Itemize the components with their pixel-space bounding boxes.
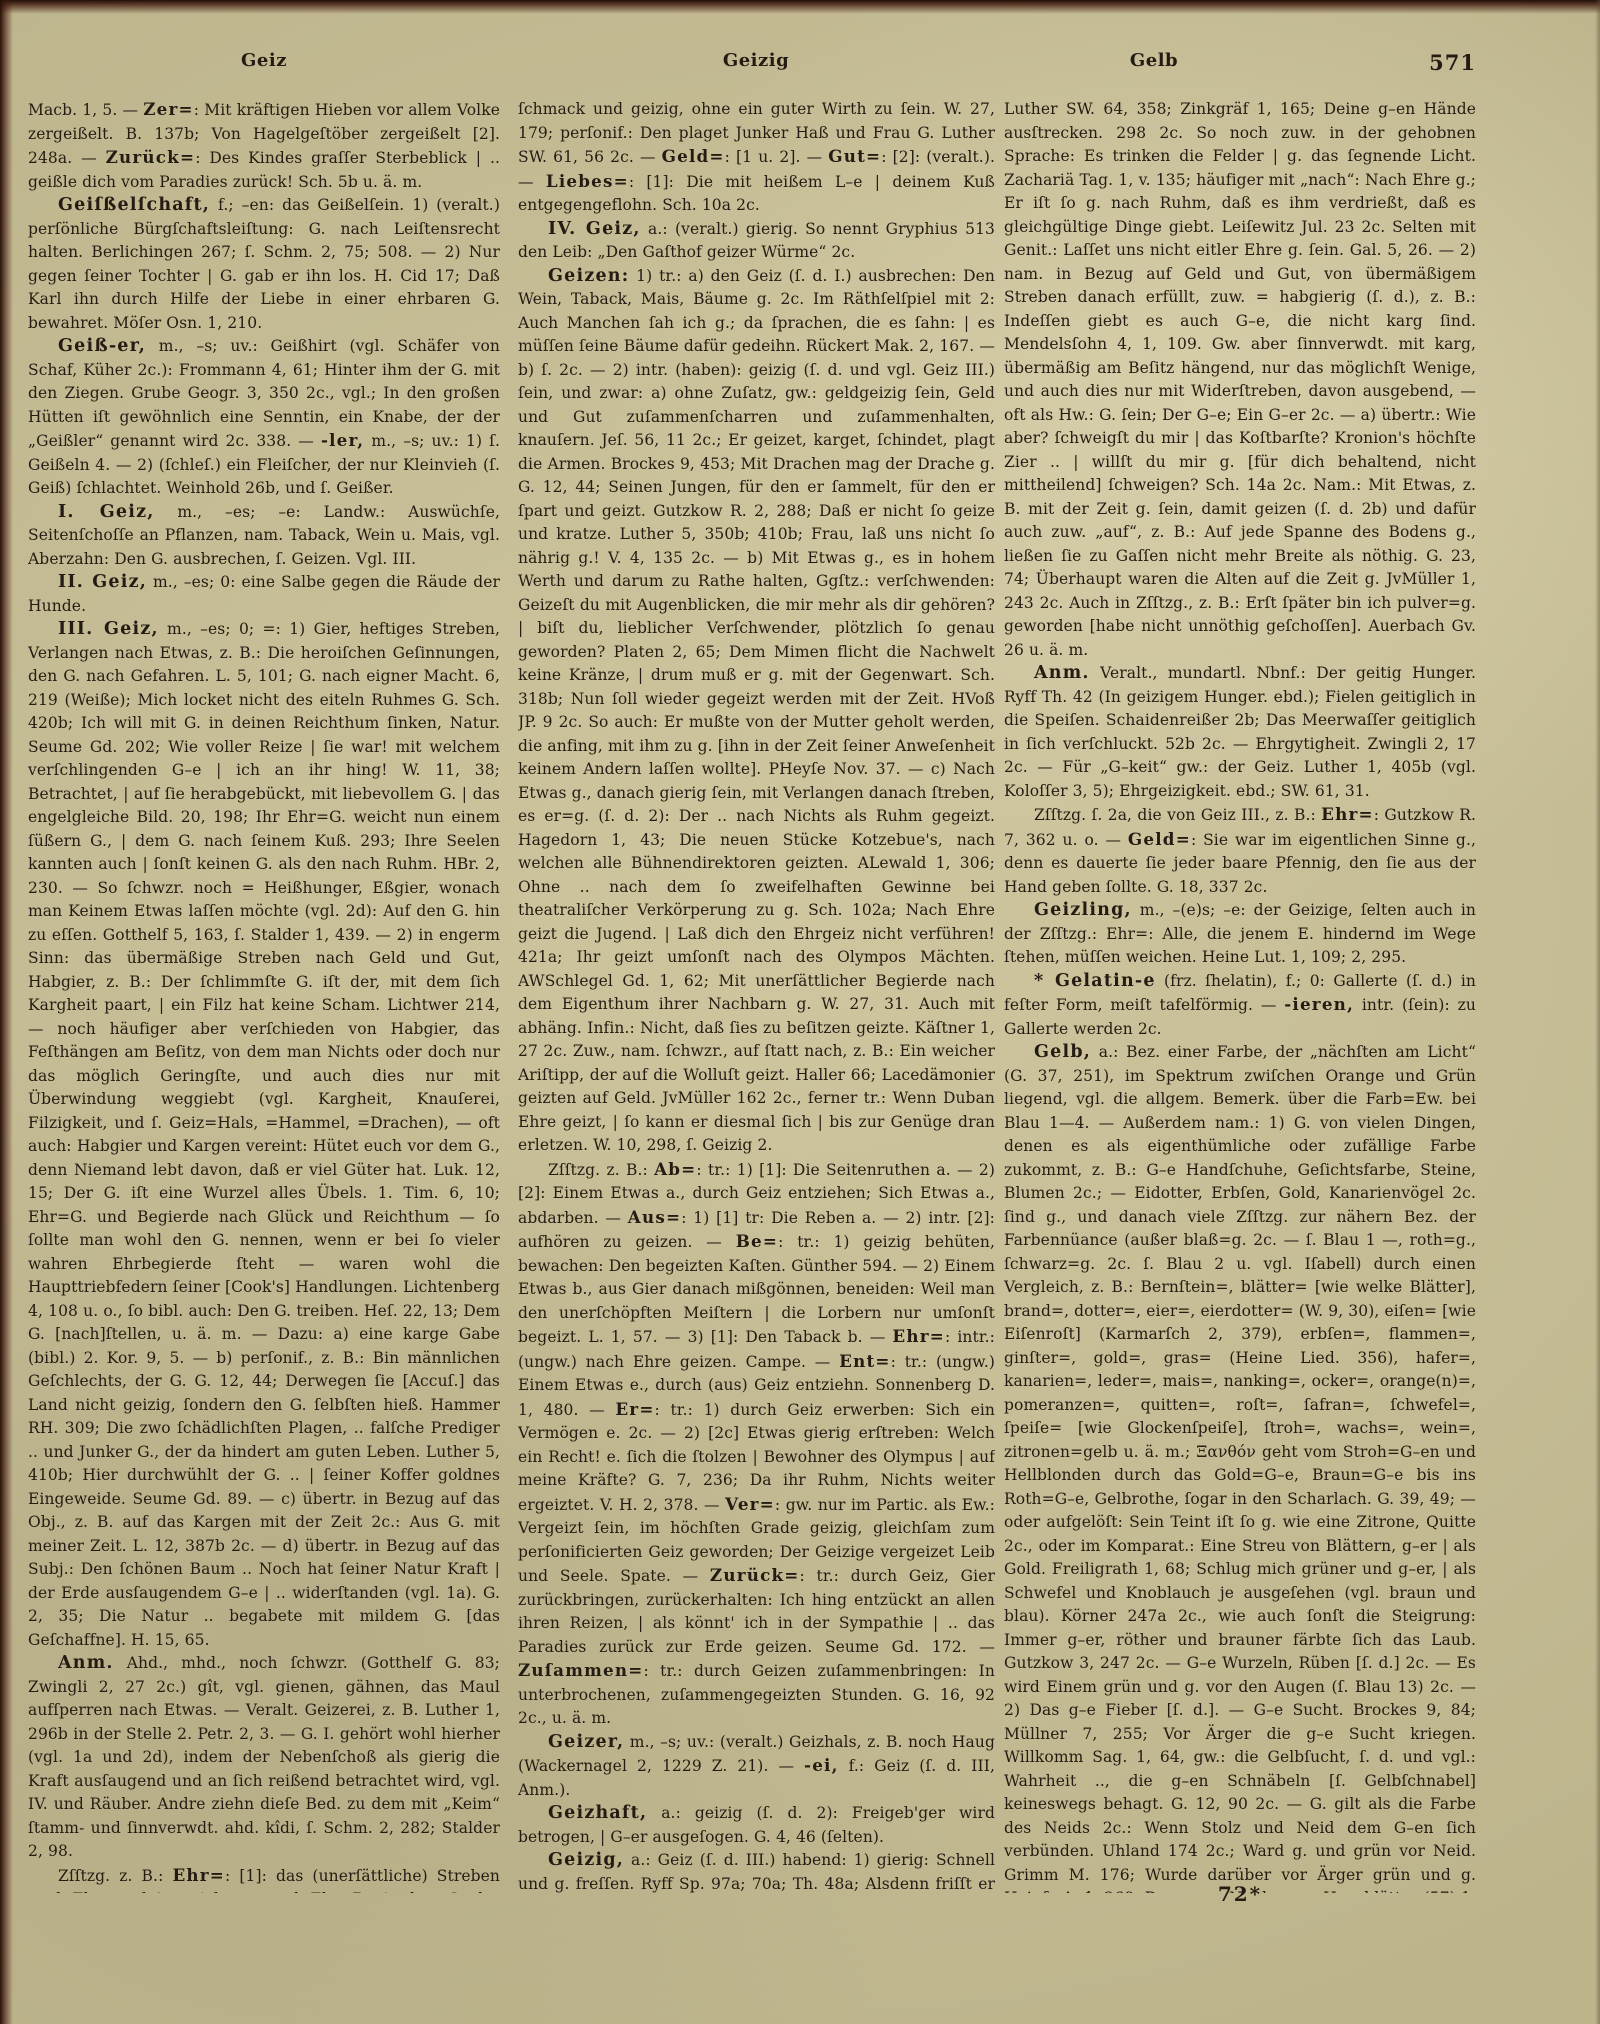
running-head-center: Geizig bbox=[518, 50, 994, 80]
entry-headword: Geld= bbox=[1128, 829, 1191, 849]
dictionary-paragraph: ſchmack und geizig, ohne ein guter Wirth… bbox=[518, 98, 995, 218]
scan-edge-right bbox=[1595, 0, 1600, 2024]
entry-headword: Ent= bbox=[839, 1351, 890, 1371]
dictionary-paragraph: IV. Geiz, a.: (veralt.) gierig. So nennt… bbox=[518, 218, 995, 265]
dictionary-paragraph: II. Geiz, m., –es; 0: eine Salbe gegen d… bbox=[28, 571, 500, 618]
running-head-right: Gelb bbox=[1004, 50, 1304, 80]
entry-headword: Aus= bbox=[628, 1207, 681, 1227]
dictionary-paragraph: * Gelatin-e (frz. ſhelatin), f.; 0: Gall… bbox=[1004, 970, 1476, 1042]
signature-mark: 72* bbox=[1004, 1882, 1476, 1906]
entry-headword: Anm. bbox=[58, 1653, 114, 1673]
entry-headword: Zurück= bbox=[106, 147, 196, 167]
entry-headword: II. Geiz, bbox=[58, 572, 147, 592]
entry-headword: Geiß-er, bbox=[58, 336, 146, 356]
page-number: 571 bbox=[1350, 50, 1476, 80]
entry-headword: Zurück= bbox=[710, 1565, 800, 1585]
entry-headword: Anm. bbox=[1034, 663, 1090, 683]
entry-headword: Liebes= bbox=[546, 171, 629, 191]
entry-headword: Geizig, bbox=[548, 1850, 624, 1870]
entry-headword: I. Geiz, bbox=[58, 502, 155, 522]
dictionary-paragraph: I. Geiz, m., –es; –e: Landw.: Auswüchſe,… bbox=[28, 501, 500, 572]
dictionary-paragraph: Zſſtzg. ſ. 2a, die von Geiz III., z. B.:… bbox=[1004, 803, 1476, 899]
text-column-left: Macb. 1, 5. — Zer=: Mit kräftigen Hieben… bbox=[28, 98, 500, 1893]
dictionary-paragraph: Geizhaft, a.: geizig (ſ. d. 2): Freigeb'… bbox=[518, 1802, 995, 1849]
entry-headword: Be= bbox=[736, 1231, 778, 1251]
entry-headword: -ei, bbox=[804, 1755, 839, 1775]
dictionary-paragraph: Gelb, a.: Bez. einer Farbe, der „nächſte… bbox=[1004, 1041, 1476, 1893]
dictionary-paragraph: Zſſtzg. z. B.: Ehr=: [1]: das (unerſättl… bbox=[28, 1864, 500, 1894]
dictionary-paragraph: Anm. Veralt., mundartl. Nbnf.: Der geiti… bbox=[1004, 662, 1476, 803]
dictionary-paragraph: Geiß-er, m., –s; uv.: Geißhirt (vgl. Sch… bbox=[28, 335, 500, 501]
entry-headword: Gut= bbox=[828, 146, 881, 166]
entry-headword: Geizhaft, bbox=[548, 1803, 647, 1823]
entry-headword: Zer= bbox=[143, 99, 194, 119]
dictionary-paragraph: Geizling, m., –(e)s; –e: der Geizige, ſe… bbox=[1004, 899, 1476, 970]
dictionary-paragraph: Zſſtzg. z. B.: Ab=: tr.: 1) [1]: Die Sei… bbox=[518, 1158, 995, 1731]
entry-headword: * Gelatin-e bbox=[1034, 971, 1156, 991]
dictionary-paragraph: Macb. 1, 5. — Zer=: Mit kräftigen Hieben… bbox=[28, 98, 500, 194]
scan-edge-left bbox=[0, 0, 13, 2024]
entry-headword: Ehr= bbox=[1321, 804, 1374, 824]
dictionary-paragraph: Geizer, m., –s; uv.: (veralt.) Geizhals,… bbox=[518, 1731, 995, 1803]
entry-headword: Geld= bbox=[662, 146, 725, 166]
entry-headword: Zuſammen= bbox=[518, 1660, 643, 1680]
entry-headword: Ehr= bbox=[172, 1865, 225, 1885]
text-column-center: ſchmack und geizig, ohne ein guter Wirth… bbox=[518, 98, 995, 1893]
entry-headword: Ver= bbox=[725, 1494, 775, 1514]
entry-headword: -ler, bbox=[321, 430, 364, 450]
entry-headword: IV. Geiz, bbox=[548, 219, 641, 239]
scan-edge-top bbox=[0, 0, 1600, 14]
dictionary-paragraph: Geizig, a.: Geiz (ſ. d. III.) habend: 1)… bbox=[518, 1849, 995, 1893]
running-head-left: Geiz bbox=[28, 50, 500, 80]
dictionary-paragraph: III. Geiz, m., –es; 0; =: 1) Gier, hefti… bbox=[28, 618, 500, 1652]
text-column-right: Luther SW. 64, 358; Zinkgräf 1, 165; Dei… bbox=[1004, 98, 1476, 1893]
entry-headword: Geizer, bbox=[548, 1732, 624, 1752]
entry-headword: Geizen: bbox=[548, 266, 629, 286]
entry-headword: Geiſßelſchaft, bbox=[58, 195, 210, 215]
entry-headword: Gelb, bbox=[1034, 1042, 1091, 1062]
entry-headword: -ieren, bbox=[1284, 994, 1354, 1014]
entry-headword: Er= bbox=[615, 1399, 654, 1419]
entry-headword: III. Geiz, bbox=[58, 619, 159, 639]
entry-headword: Ab= bbox=[654, 1159, 696, 1179]
dictionary-paragraph: Geizen: 1) tr.: a) den Geiz (ſ. d. I.) a… bbox=[518, 265, 995, 1158]
dictionary-paragraph: Luther SW. 64, 358; Zinkgräf 1, 165; Dei… bbox=[1004, 98, 1476, 662]
dictionary-paragraph: Geiſßelſchaft, f.; –en: das Geißelſein. … bbox=[28, 194, 500, 335]
dictionary-paragraph: Anm. Ahd., mhd., noch ſchwzr. (Gotthelf … bbox=[28, 1652, 500, 1864]
entry-headword: Geizling, bbox=[1034, 900, 1132, 920]
entry-headword: Ehr= bbox=[892, 1326, 945, 1346]
